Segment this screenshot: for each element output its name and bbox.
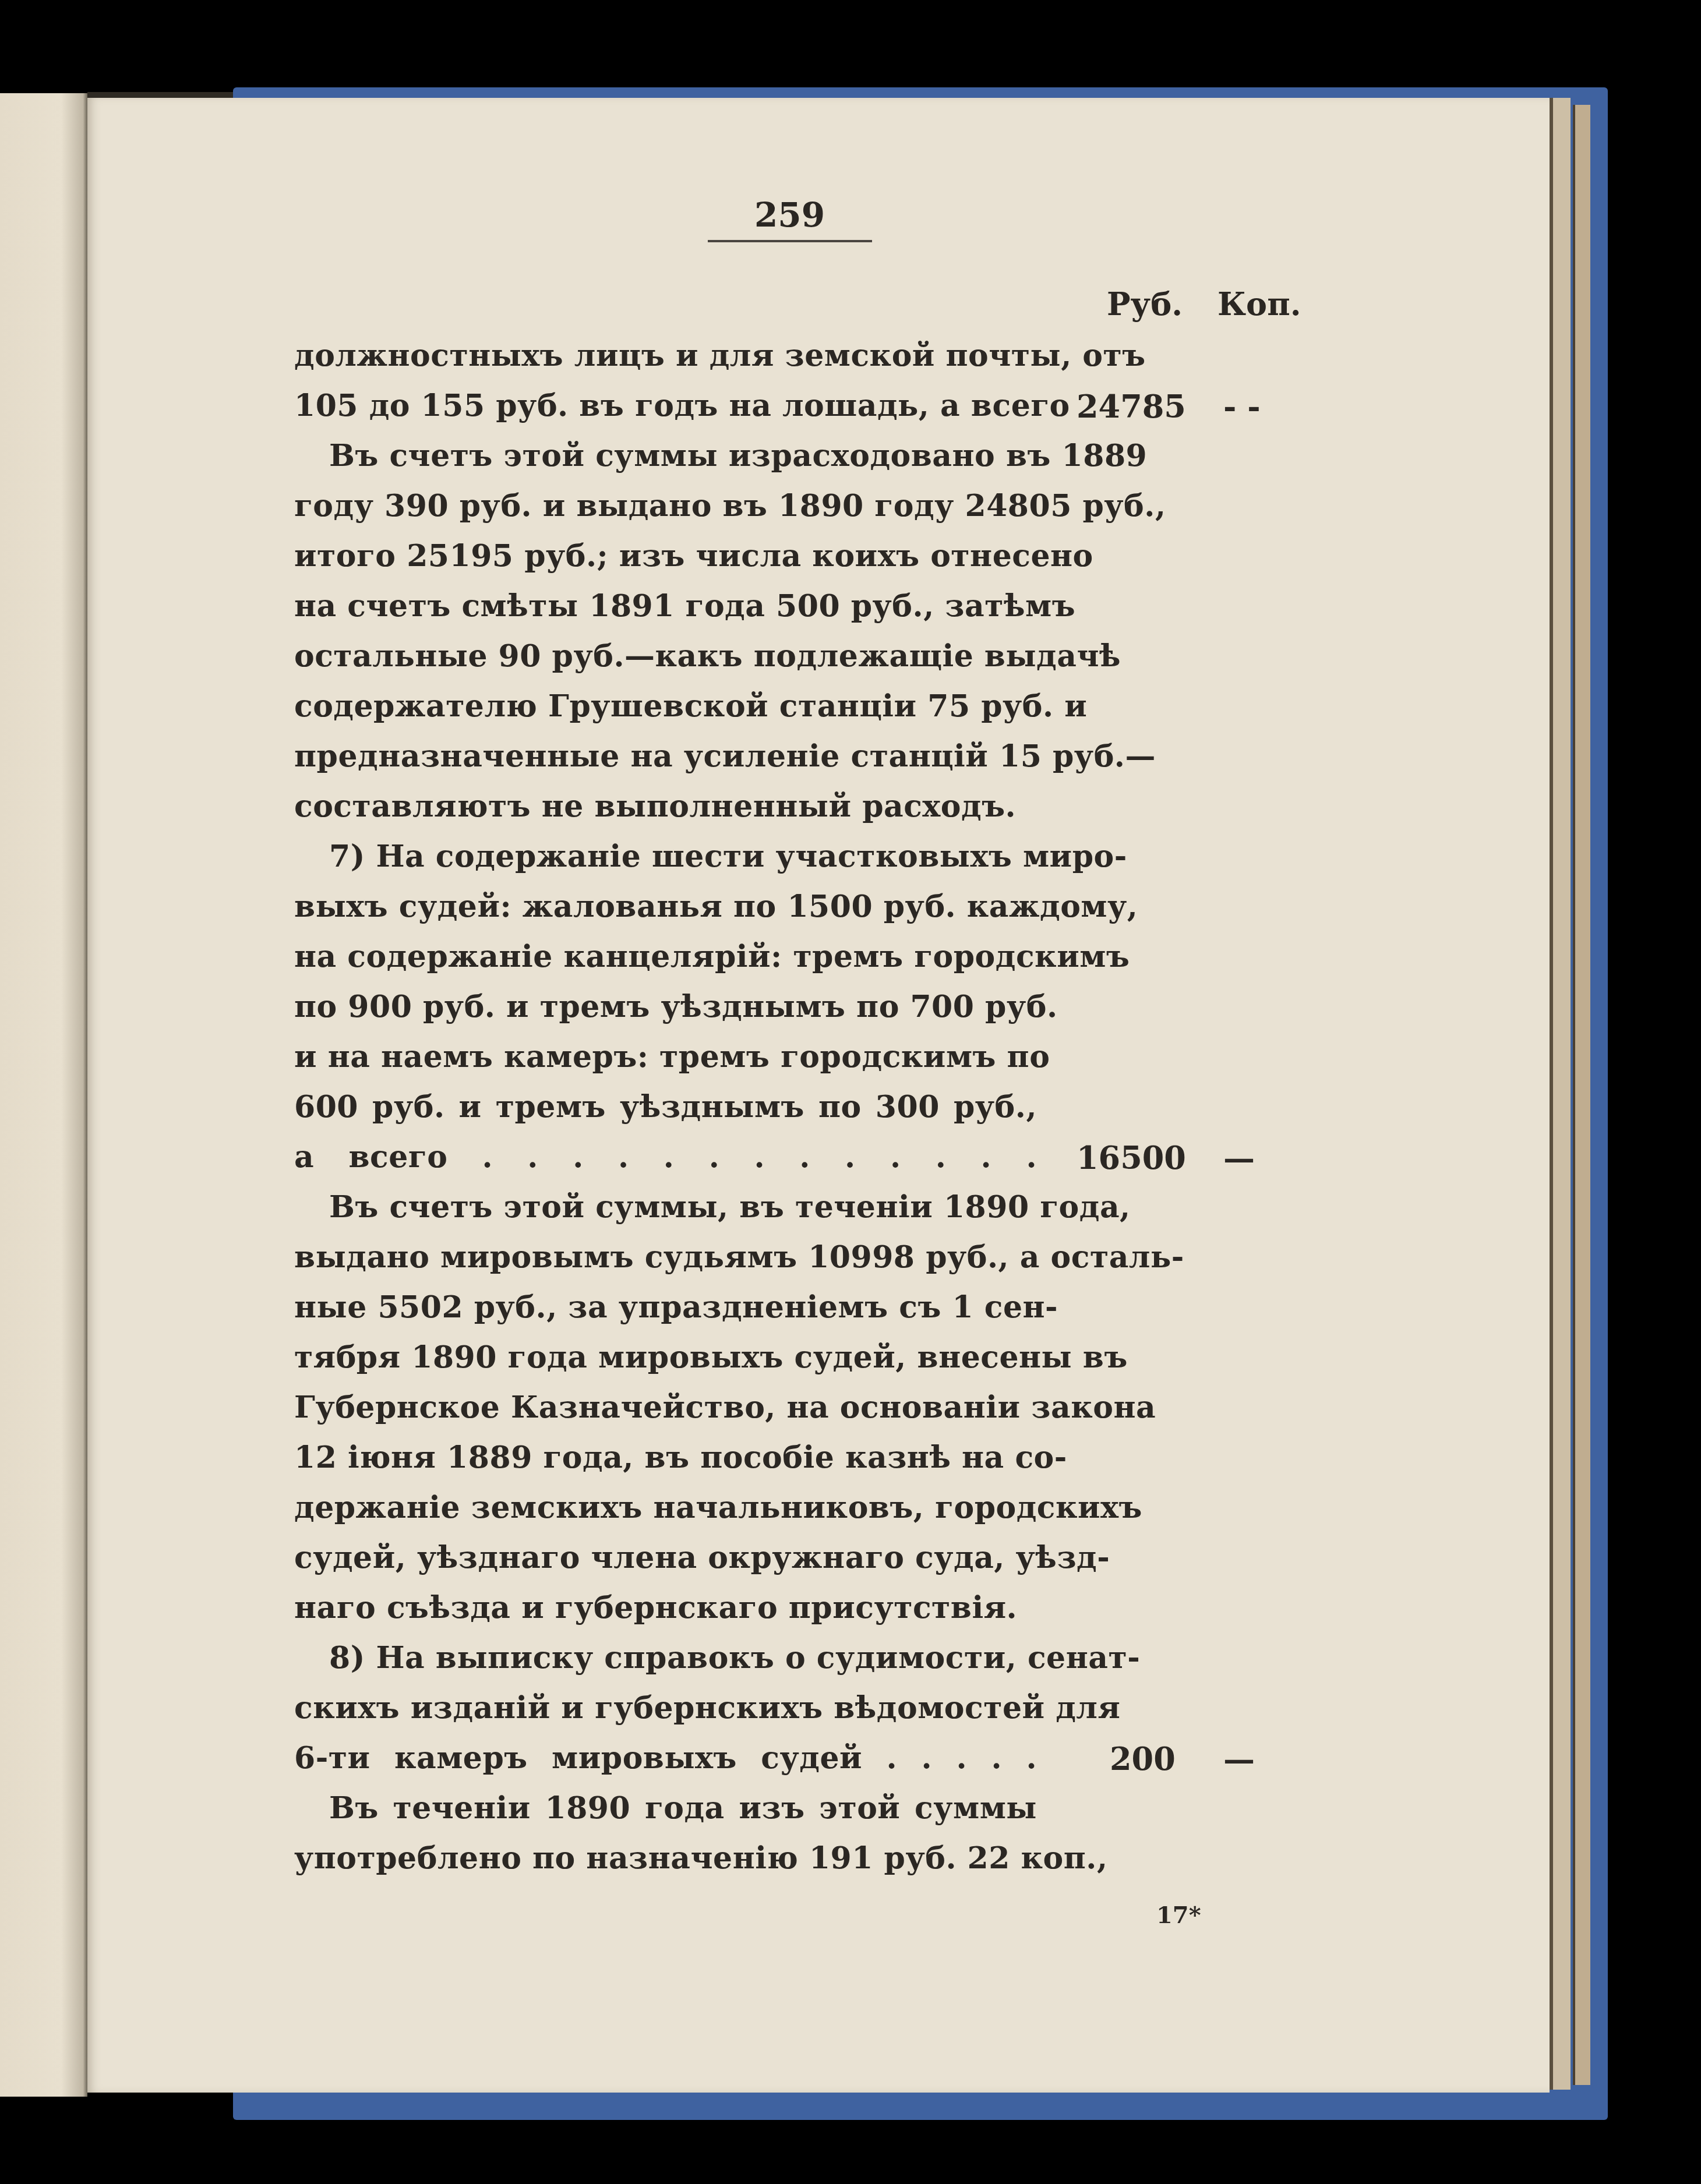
text-line: итого 25195 руб.; изъ числа коихъ отнесе… (294, 538, 1037, 574)
text-line: 600 руб. и тремъ уѣзднымъ по 300 руб., (294, 1089, 1037, 1125)
text-line: судей, уѣзднаго члена окружнаго суда, уѣ… (294, 1540, 1037, 1575)
text-line: держаніе земскихъ начальниковъ, городски… (294, 1490, 1037, 1525)
text-line: 7) На содержаніе шести участковыхъ миро- (329, 839, 1037, 874)
text-line: на содержаніе канцелярій: тремъ городски… (294, 939, 1037, 974)
text-line: скихъ изданій и губернскихъ вѣдомостей д… (294, 1690, 1037, 1726)
amount-kop: — (1223, 1139, 1255, 1176)
column-header-kop: Коп. (1217, 285, 1301, 323)
text-line: выдано мировымъ судьямъ 10998 руб., а ос… (294, 1239, 1037, 1275)
text-line: выхъ судей: жалованья по 1500 руб. каждо… (294, 889, 1037, 924)
text-line: Въ счетъ этой суммы, въ теченіи 1890 год… (329, 1189, 1037, 1225)
amount-kop: - - (1223, 388, 1261, 425)
amount-rub: 24785 (1077, 388, 1186, 425)
text-line: предназначенные на усиленіе станцій 15 р… (294, 738, 1037, 774)
amount-rub: 200 (1110, 1740, 1176, 1777)
text-line: а всего . . . . . . . . . . . . . (294, 1139, 1037, 1175)
page-number: 259 (754, 195, 825, 235)
amount-rub: 16500 (1077, 1139, 1186, 1176)
amount-kop: — (1223, 1740, 1255, 1777)
text-line: содержателю Грушевской станціи 75 руб. и (294, 688, 1037, 724)
text-line: и на наемъ камеръ: тремъ городскимъ по (294, 1039, 1037, 1075)
text-line: Въ счетъ этой суммы израсходовано въ 188… (329, 438, 1037, 473)
text-line: по 900 руб. и тремъ уѣзднымъ по 700 руб. (294, 989, 1037, 1024)
text-line: 12 іюня 1889 года, въ пособіе казнѣ на с… (294, 1440, 1037, 1475)
text-line: на счетъ смѣты 1891 года 500 руб., затѣм… (294, 588, 1037, 624)
text-line: 6-ти камеръ мировыхъ судей . . . . . (294, 1740, 1037, 1776)
text-line: должностныхъ лицъ и для земской почты, о… (294, 338, 1037, 373)
column-header-rub: Руб. (1107, 285, 1183, 323)
text-line: наго съѣзда и губернскаго присутствія. (294, 1590, 1037, 1625)
page-stack-edge (1550, 98, 1571, 2090)
text-line: употреблено по назначенію 191 руб. 22 ко… (294, 1840, 1037, 1876)
text-line: тября 1890 года мировыхъ судей, внесены … (294, 1340, 1037, 1375)
text-line: Губернское Казначейство, на основаніи за… (294, 1390, 1037, 1425)
text-line: остальные 90 руб.—какъ подлежащіе выдачѣ (294, 638, 1037, 674)
page-number-rule (708, 240, 872, 242)
text-line: составляютъ не выполненный расходъ. (294, 789, 1037, 824)
left-page-edge (0, 93, 87, 2097)
text-line: 8) На выписку справокъ о судимости, сена… (329, 1640, 1037, 1676)
text-line: 105 до 155 руб. въ годъ на лошадь, а все… (294, 388, 1037, 423)
page-stack-edge (1573, 105, 1590, 2085)
text-line: году 390 руб. и выдано въ 1890 году 2480… (294, 488, 1037, 524)
text-line: ные 5502 руб., за упраздненіемъ съ 1 сен… (294, 1289, 1037, 1325)
text-line: Въ теченіи 1890 года изъ этой суммы (329, 1790, 1037, 1826)
signature-mark: 17* (1156, 1902, 1201, 1929)
